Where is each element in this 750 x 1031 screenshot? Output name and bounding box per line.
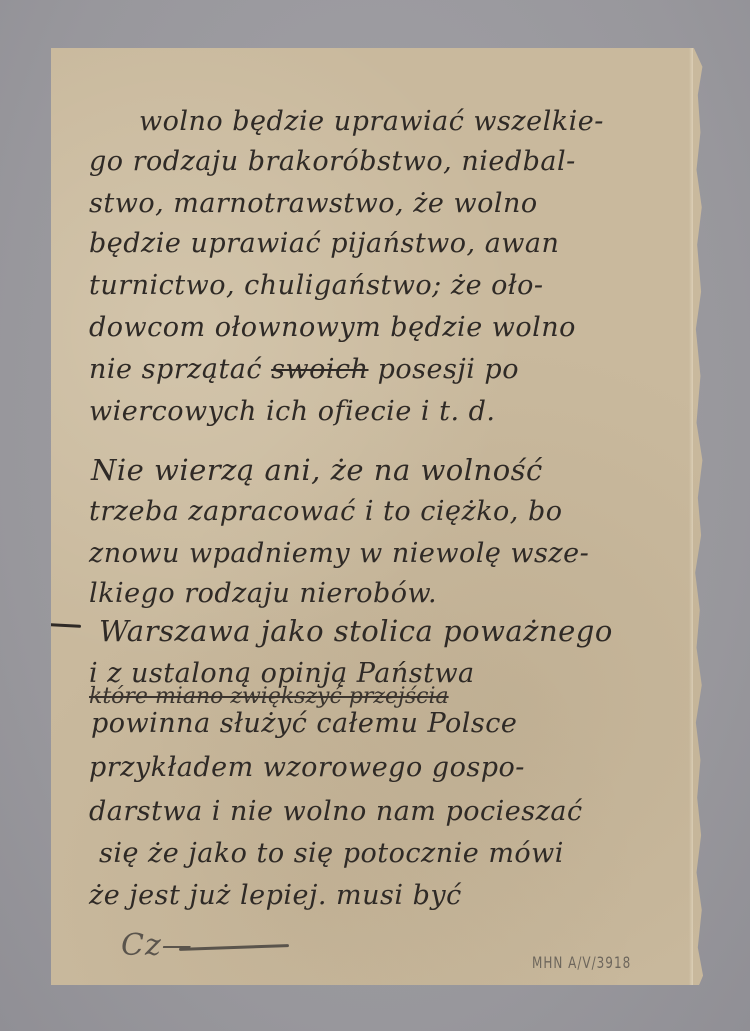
overwritten-line: które miano zwiększyć przejścia [89, 684, 449, 709]
text-line: się że jako to się potocznie mówi [99, 838, 564, 869]
manuscript-page: wolno będzie uprawiać wszelkie- go rodza… [51, 48, 707, 985]
text-line: przykładem wzorowego gospo- [89, 752, 525, 783]
text-segment: nie sprzątać [89, 354, 262, 385]
text-line: wiercowych ich ofiecie i t. d. [89, 396, 495, 427]
signature-stroke [179, 944, 289, 951]
text-line: powinna służyć całemu Polsce [91, 708, 517, 739]
paragraph-start-line: Nie wierzą ani, że na wolność [91, 453, 543, 487]
text-line: lkiego rodzaju nierobów. [89, 578, 437, 609]
paragraph-start-line: Warszawa jako stolica poważnego [99, 614, 613, 648]
text-line-with-correction: nie sprzątać swoich posesji po [89, 354, 519, 385]
text-segment: posesji po [378, 354, 519, 385]
paragraph-dash [49, 623, 81, 628]
text-line: stwo, marnotrawstwo, że wolno [89, 188, 538, 219]
text-line: będzie uprawiać pijaństwo, awan [89, 228, 559, 259]
pencil-signature: Cz— [121, 928, 193, 963]
text-line: darstwa i nie wolno nam pocieszać [89, 796, 583, 827]
struck-word: swoich [271, 354, 368, 385]
text-line: dowcom ołownowym będzie wolno [89, 312, 576, 343]
text-line: turnictwo, chuligaństwo; że oło- [89, 270, 544, 301]
text-line: że jest już lepiej. musi być [89, 880, 462, 911]
text-line: trzeba zapracować i to ciężko, bo [89, 496, 563, 527]
text-line: wolno będzie uprawiać wszelkie- [139, 106, 604, 137]
torn-edge [689, 48, 693, 985]
archive-number: MHN A/V/3918 [532, 954, 631, 972]
text-line: znowu wpadniemy w niewolę wsze- [89, 538, 589, 569]
text-line: go rodzaju brakoróbstwo, niedbal- [89, 146, 576, 177]
